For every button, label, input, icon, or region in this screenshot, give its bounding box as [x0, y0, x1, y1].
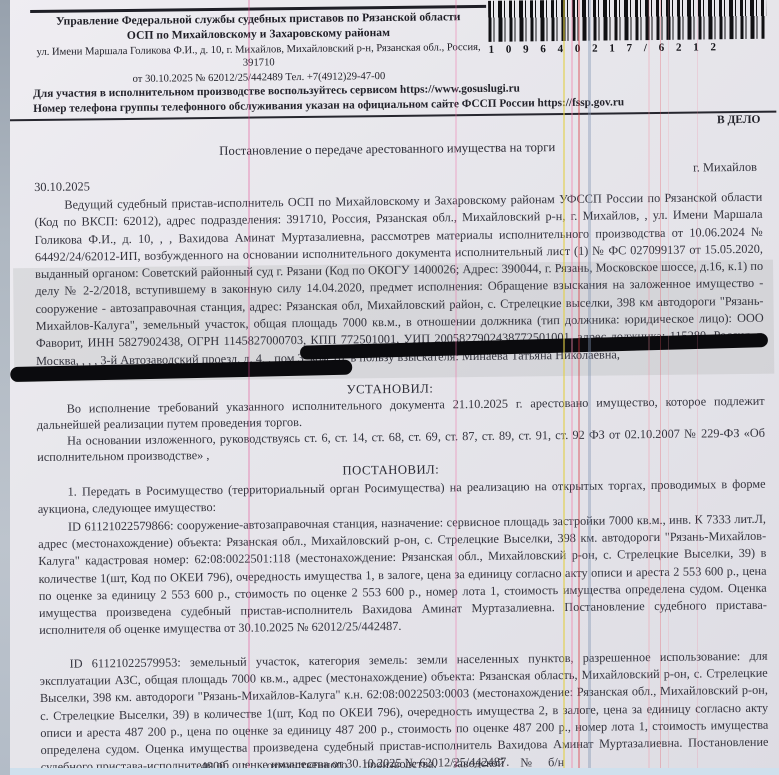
postanovil-paragraph-1: 1. Передать в Росимущество (территориаль…	[38, 476, 766, 517]
document-title: Постановление о передаче арестованного и…	[0, 138, 777, 162]
barcode-digits: 1 0 9 6 4 0 2 1 7 / 6 2 1 2	[489, 41, 767, 56]
org-address-line: ул. Имени Маршала Голикова Ф.И., д. 10, …	[31, 41, 487, 74]
scan-bottom-edge	[0, 768, 779, 775]
v-delo-stamp: В ДЕЛО	[717, 114, 761, 126]
scanned-document-page: Управление Федеральной службы судебных п…	[0, 0, 779, 775]
place-line: г. Михайлов	[693, 160, 757, 176]
page-content: Управление Федеральной службы судебных п…	[0, 0, 779, 775]
date-line: 30.10.2025	[34, 179, 90, 195]
scan-left-edge	[0, 0, 10, 775]
property-item-1-paragraph: ID 61121022579866: сооружение-автозаправ…	[38, 511, 767, 640]
barcode-bars-icon	[488, 0, 766, 42]
barcode: 1 0 9 6 4 0 2 1 7 / 6 2 1 2	[488, 0, 767, 56]
letterhead: Управление Федеральной службы судебных п…	[30, 10, 487, 88]
